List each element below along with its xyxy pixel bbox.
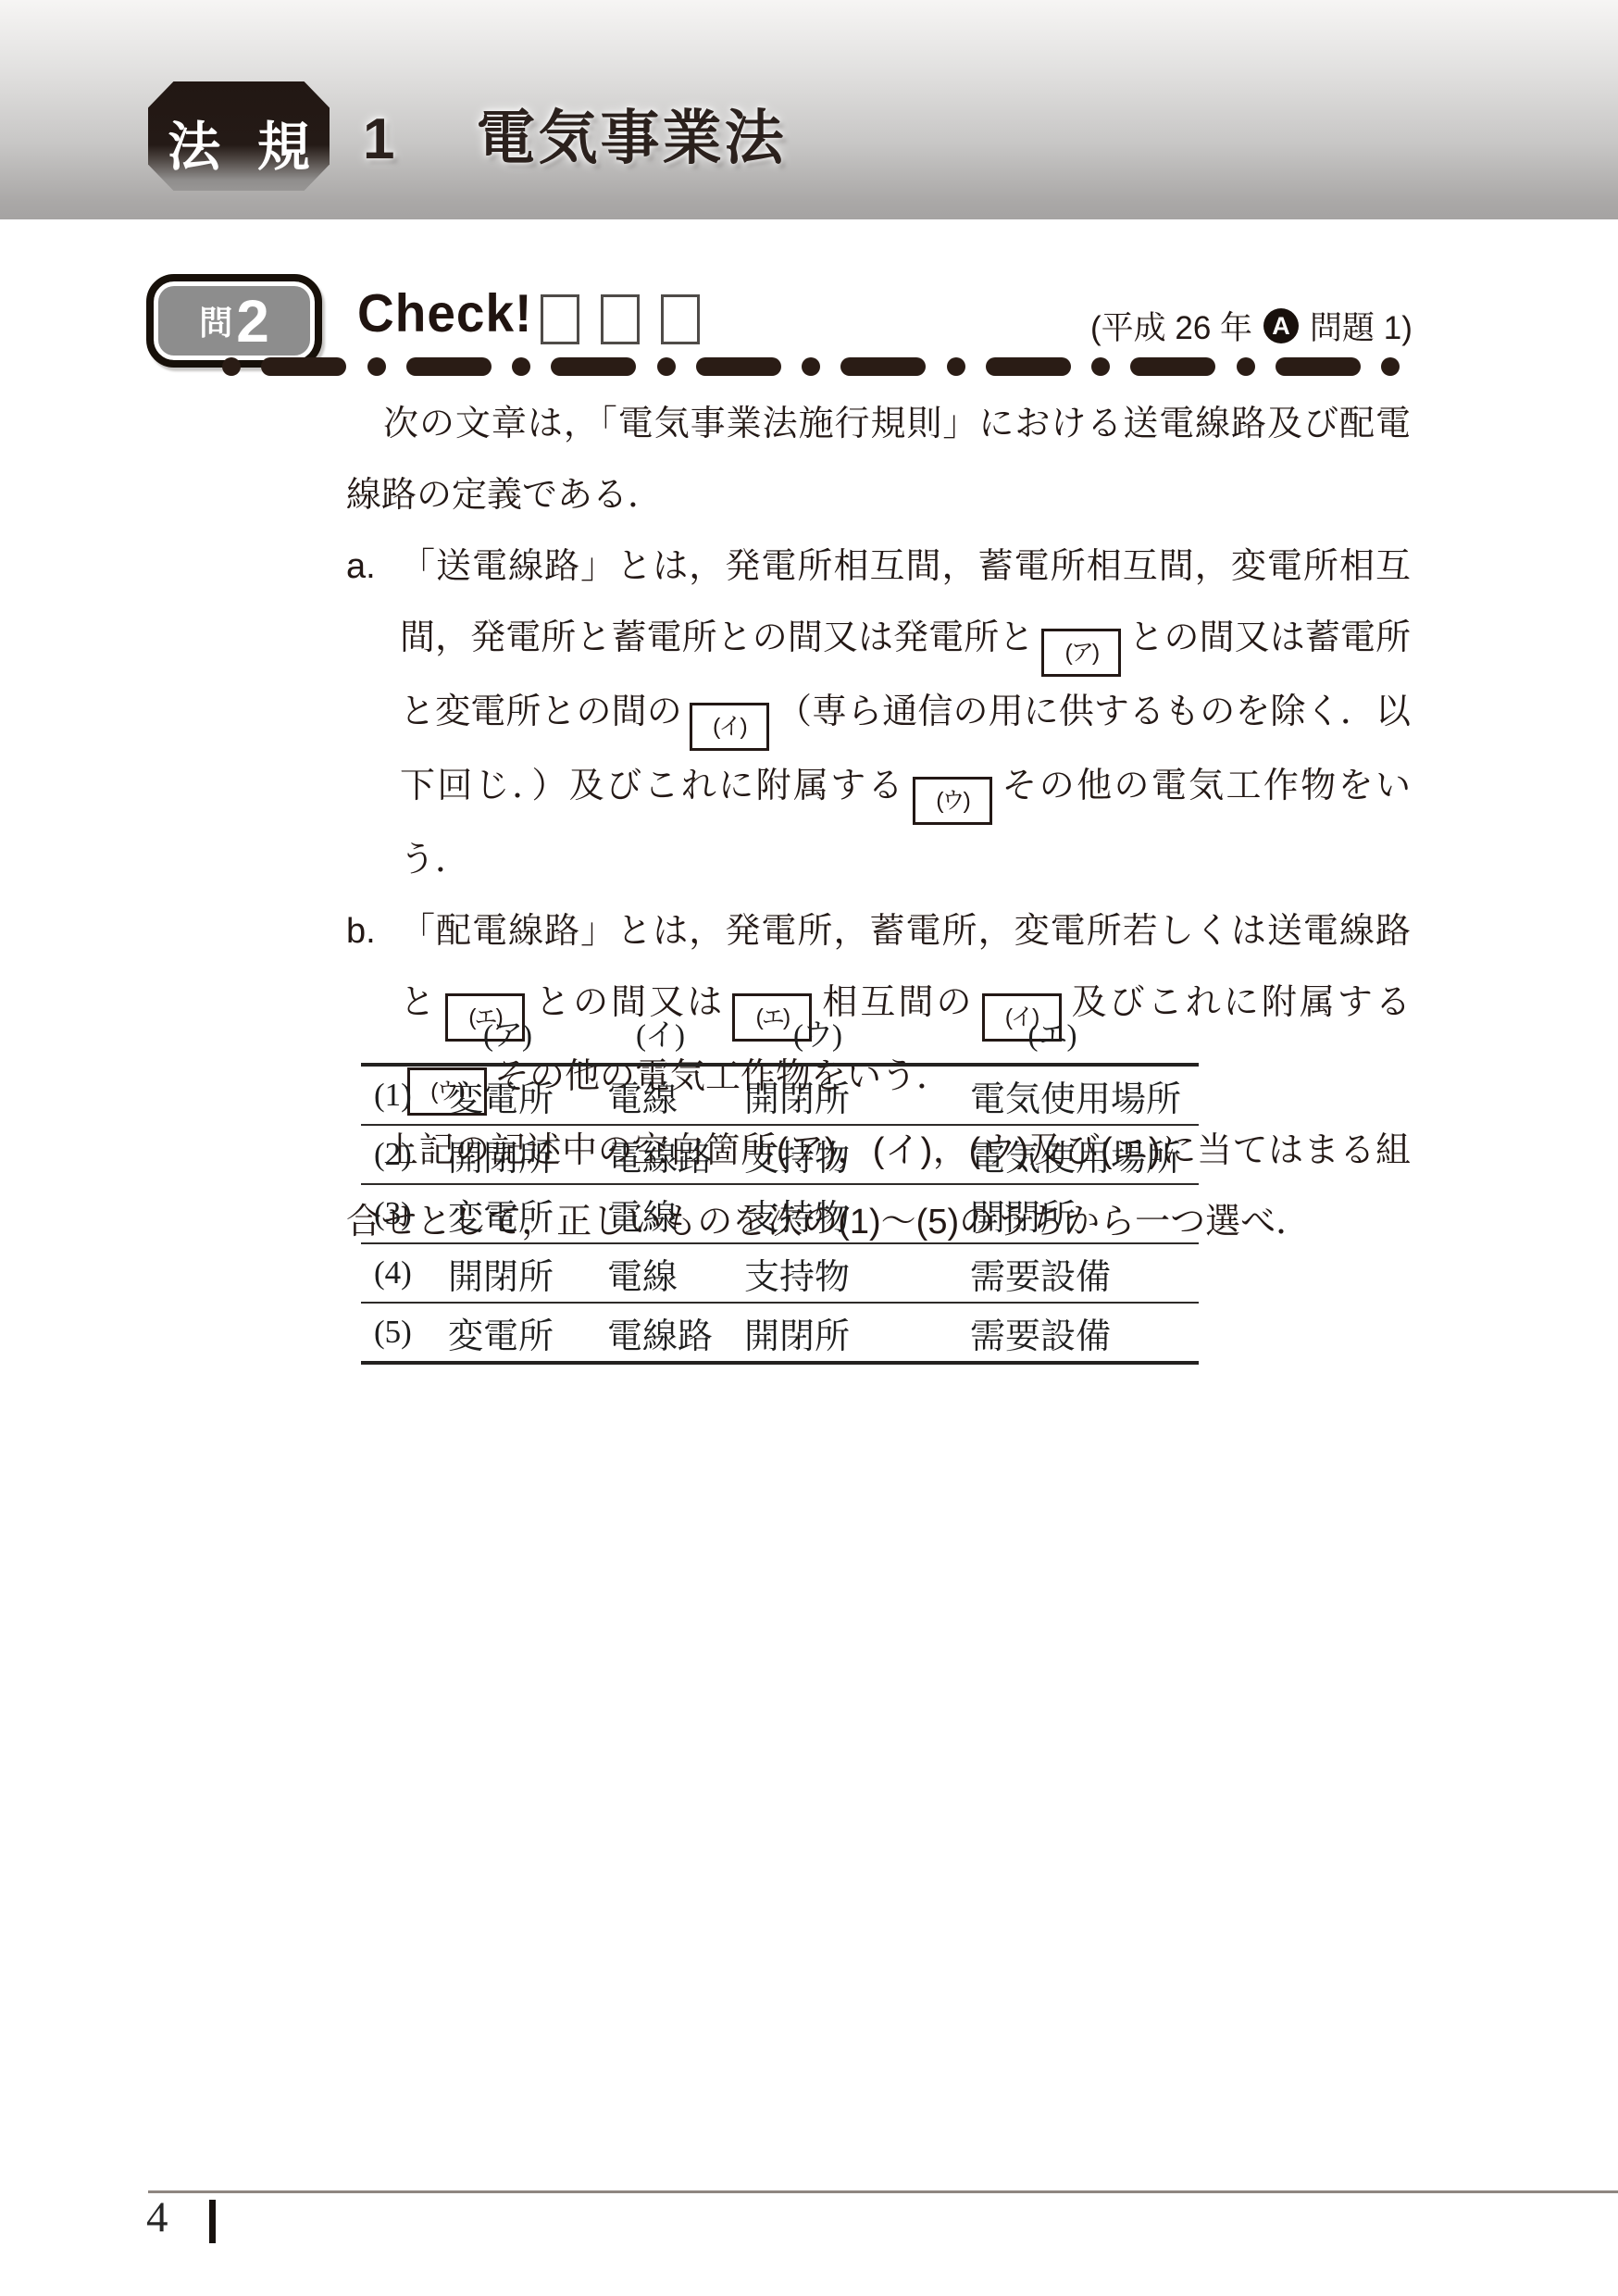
choice-cell: 開閉所 xyxy=(729,1070,905,1121)
choice-cell: 電線路 xyxy=(591,1129,729,1180)
divider-dash xyxy=(551,357,636,376)
divider-dash xyxy=(261,357,346,376)
table-row: (4)開閉所電線支持物需要設備 xyxy=(361,1244,1199,1304)
source-reference-year: (平成 26 年 xyxy=(1090,303,1252,349)
blank-box-イ: (イ) xyxy=(690,703,769,751)
header-col-u: (ウ) xyxy=(729,1011,905,1054)
choice-cell: 変電所 xyxy=(424,1189,591,1240)
category-badge: 法 規 xyxy=(148,81,330,191)
check-box-1 xyxy=(541,294,579,344)
choice-cell: 需要設備 xyxy=(905,1248,1199,1299)
choice-number: (5) xyxy=(361,1314,424,1351)
item-a-text: 「送電線路」とは，発電所相互間，蓄電所相互間，変電所相互間，発電所と蓄電所との間… xyxy=(400,531,1411,896)
footer-rule xyxy=(148,2190,1618,2193)
chapter-name: 電気事業法 xyxy=(476,91,786,176)
header-col-e: (エ) xyxy=(905,1011,1199,1054)
divider-dash xyxy=(840,357,926,376)
divider-dot xyxy=(1091,357,1110,376)
choice-cell: 電線 xyxy=(591,1070,729,1121)
header-col-a: (ア) xyxy=(424,1011,591,1054)
divider-dot xyxy=(947,357,965,376)
choice-number: (1) xyxy=(361,1077,424,1114)
choice-cell: 開閉所 xyxy=(905,1189,1199,1240)
choices-table-header: (ア) (イ) (ウ) (エ) xyxy=(361,1002,1199,1067)
check-boxes xyxy=(541,294,700,344)
choice-number: (2) xyxy=(361,1136,424,1173)
question-number: 2 xyxy=(236,292,269,351)
check-box-3 xyxy=(661,294,700,344)
question-number-badge: 問 2 xyxy=(146,274,322,368)
table-row: (1)変電所電線開閉所電気使用場所 xyxy=(361,1067,1199,1126)
choice-cell: 支持物 xyxy=(729,1189,905,1240)
choice-number: (4) xyxy=(361,1254,424,1291)
choices-table-body: (1)変電所電線開閉所電気使用場所(2)開閉所電線路支持物電気使用場所(3)変電… xyxy=(361,1067,1199,1365)
footer-chapter-bar xyxy=(209,2200,216,2243)
divider-dot xyxy=(1237,357,1255,376)
divider-dash xyxy=(986,357,1071,376)
divider-dot xyxy=(657,357,676,376)
item-a: a. 「送電線路」とは，発電所相互間，蓄電所相互間，変電所相互間，発電所と蓄電所… xyxy=(346,531,1411,896)
choice-cell: 開閉所 xyxy=(424,1248,591,1299)
choice-cell: 電線 xyxy=(591,1248,729,1299)
choice-number: (3) xyxy=(361,1195,424,1232)
grade-a-badge-icon: A xyxy=(1263,308,1299,343)
divider-dot xyxy=(512,357,530,376)
blank-box-ア: (ア) xyxy=(1041,629,1121,677)
divider-dash xyxy=(1276,357,1361,376)
question-kanji: 問 xyxy=(199,297,232,344)
source-reference-problem: 問題 1) xyxy=(1310,303,1413,349)
choice-cell: 支持物 xyxy=(729,1248,905,1299)
choice-cell: 電線路 xyxy=(591,1307,729,1358)
dash-dot-divider xyxy=(222,357,1400,376)
header-col-i: (イ) xyxy=(591,1011,729,1054)
choice-cell: 開閉所 xyxy=(729,1307,905,1358)
blank-box-ウ: (ウ) xyxy=(913,777,992,825)
divider-dot xyxy=(222,357,241,376)
choice-cell: 電線 xyxy=(591,1189,729,1240)
divider-dot xyxy=(1381,357,1400,376)
check-label: Check! xyxy=(357,282,532,344)
check-box-2 xyxy=(601,294,640,344)
category-label: 法 規 xyxy=(168,105,321,181)
chapter-title: 1 電気事業法 xyxy=(363,91,786,176)
choice-cell: 変電所 xyxy=(424,1307,591,1358)
item-a-marker: a. xyxy=(346,531,400,896)
chapter-number: 1 xyxy=(363,106,394,172)
choice-cell: 開閉所 xyxy=(424,1129,591,1180)
divider-dot xyxy=(802,357,820,376)
table-row: (5)変電所電線路開閉所需要設備 xyxy=(361,1304,1199,1365)
chapter-header-band: 法 規 1 電気事業法 xyxy=(0,0,1618,219)
choice-cell: 電気使用場所 xyxy=(905,1070,1199,1121)
divider-dot xyxy=(367,357,386,376)
divider-dash xyxy=(406,357,492,376)
choice-cell: 需要設備 xyxy=(905,1307,1199,1358)
choice-cell: 電気使用場所 xyxy=(905,1129,1199,1180)
divider-dash xyxy=(696,357,781,376)
source-reference: (平成 26 年 A 問題 1) xyxy=(1090,303,1413,349)
page-number: 4 xyxy=(146,2192,168,2242)
choice-cell: 支持物 xyxy=(729,1129,905,1180)
problem-intro: 次の文章は，「電気事業法施行規則」における送電線路及び配電線路の定義である． xyxy=(346,389,1411,531)
choices-table: (ア) (イ) (ウ) (エ) (1)変電所電線開閉所電気使用場所(2)開閉所電… xyxy=(361,1002,1199,1365)
table-row: (2)開閉所電線路支持物電気使用場所 xyxy=(361,1126,1199,1185)
choice-cell: 変電所 xyxy=(424,1070,591,1121)
divider-dash xyxy=(1130,357,1215,376)
table-row: (3)変電所電線支持物開閉所 xyxy=(361,1185,1199,1244)
scanned-textbook-page: 法 規 1 電気事業法 問 2 Check! (平成 26 年 A 問題 1) … xyxy=(0,0,1618,2296)
